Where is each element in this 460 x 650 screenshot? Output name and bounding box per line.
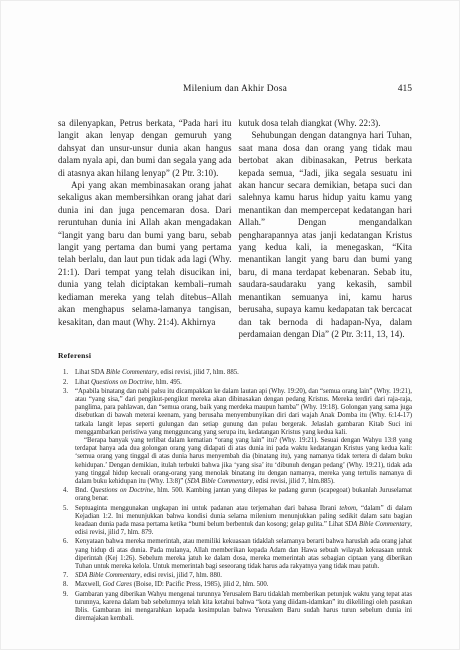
reference-text: Lihat SDA Bible Commentary, edisi revisi…: [75, 369, 412, 377]
references-heading: Referensi: [58, 351, 412, 360]
running-title: Milenium dan Akhir Dosa: [58, 84, 412, 94]
reference-paragraph: “Berapa banyak yang terlibat dalam kemat…: [75, 437, 412, 486]
body-paragraph: sa dilenyapkan, Petrus berkata, “Pada ha…: [58, 117, 232, 179]
reference-text: “Apabila binatang dan nabi palsu itu dic…: [75, 388, 412, 486]
reference-text: SDA Bible Commentary, edisi revisi, jili…: [75, 572, 412, 580]
reference-text: Kenyataan bahwa mereka memerintah, atau …: [75, 538, 412, 571]
reference-text: Lihat Questions on Doctrine, hlm. 495.: [75, 379, 412, 387]
left-column: sa dilenyapkan, Petrus berkata, “Pada ha…: [58, 117, 232, 340]
reference-number: 9.: [58, 591, 75, 599]
page-header: Milenium dan Akhir Dosa 415: [58, 84, 412, 98]
reference-paragraph: SDA Bible Commentary, edisi revisi, jili…: [75, 572, 412, 580]
right-column: kutuk dosa telah diangkat (Why. 22:3). S…: [239, 117, 413, 340]
reference-number: 2.: [58, 379, 75, 387]
body-paragraph: Sehubungan dengan datangnya hari Tuhan, …: [239, 129, 413, 340]
references-section: Referensi 1. Lihat SDA Bible Commentary,…: [58, 351, 412, 623]
reference-item: 4. Bnd. Questions on Doctrine, hlm. 500.…: [58, 487, 412, 503]
reference-item: 6. Kenyataan bahwa mereka memerintah, at…: [58, 538, 412, 571]
reference-paragraph: Gambaran yang diberikan Wahyu mengenai t…: [75, 591, 412, 624]
reference-paragraph: “Apabila binatang dan nabi palsu itu dic…: [75, 388, 412, 437]
page-number: 415: [398, 84, 412, 94]
reference-paragraph: Bnd. Questions on Doctrine, hlm. 500. Ka…: [75, 487, 412, 503]
reference-paragraph: Lihat SDA Bible Commentary, edisi revisi…: [75, 369, 412, 377]
reference-text: Gambaran yang diberikan Wahyu mengenai t…: [75, 591, 412, 624]
reference-item: 2. Lihat Questions on Doctrine, hlm. 495…: [58, 379, 412, 387]
reference-number: 3.: [58, 388, 75, 396]
reference-number: 4.: [58, 487, 75, 495]
reference-text: Bnd. Questions on Doctrine, hlm. 500. Ka…: [75, 487, 412, 503]
body-paragraph: kutuk dosa telah diangkat (Why. 22:3).: [239, 117, 413, 129]
reference-paragraph: Lihat Questions on Doctrine, hlm. 495.: [75, 379, 412, 387]
reference-paragraph: Septuaginta menggunakan ungkapan ini unt…: [75, 505, 412, 538]
reference-text: Maxwell, God Cares (Boise, ID: Pacific P…: [75, 581, 412, 589]
reference-item: 1. Lihat SDA Bible Commentary, edisi rev…: [58, 369, 412, 377]
reference-item: 7. SDA Bible Commentary, edisi revisi, j…: [58, 572, 412, 580]
reference-number: 7.: [58, 572, 75, 580]
reference-item: 9. Gambaran yang diberikan Wahyu mengena…: [58, 591, 412, 624]
body-columns: sa dilenyapkan, Petrus berkata, “Pada ha…: [58, 117, 412, 340]
reference-paragraph: Kenyataan bahwa mereka memerintah, atau …: [75, 538, 412, 571]
reference-text: Septuaginta menggunakan ungkapan ini unt…: [75, 505, 412, 538]
reference-item: 3. “Apabila binatang dan nabi palsu itu …: [58, 388, 412, 486]
reference-paragraph: Maxwell, God Cares (Boise, ID: Pacific P…: [75, 581, 412, 589]
body-paragraph: Api yang akan membinasakan orang jahat s…: [58, 179, 232, 328]
reference-number: 8.: [58, 581, 75, 589]
book-page: Milenium dan Akhir Dosa 415 sa dilenyapk…: [0, 0, 460, 650]
reference-number: 6.: [58, 538, 75, 546]
reference-number: 5.: [58, 505, 75, 513]
reference-item: 8. Maxwell, God Cares (Boise, ID: Pacifi…: [58, 581, 412, 589]
reference-item: 5. Septuaginta menggunakan ungkapan ini …: [58, 505, 412, 538]
reference-number: 1.: [58, 369, 75, 377]
